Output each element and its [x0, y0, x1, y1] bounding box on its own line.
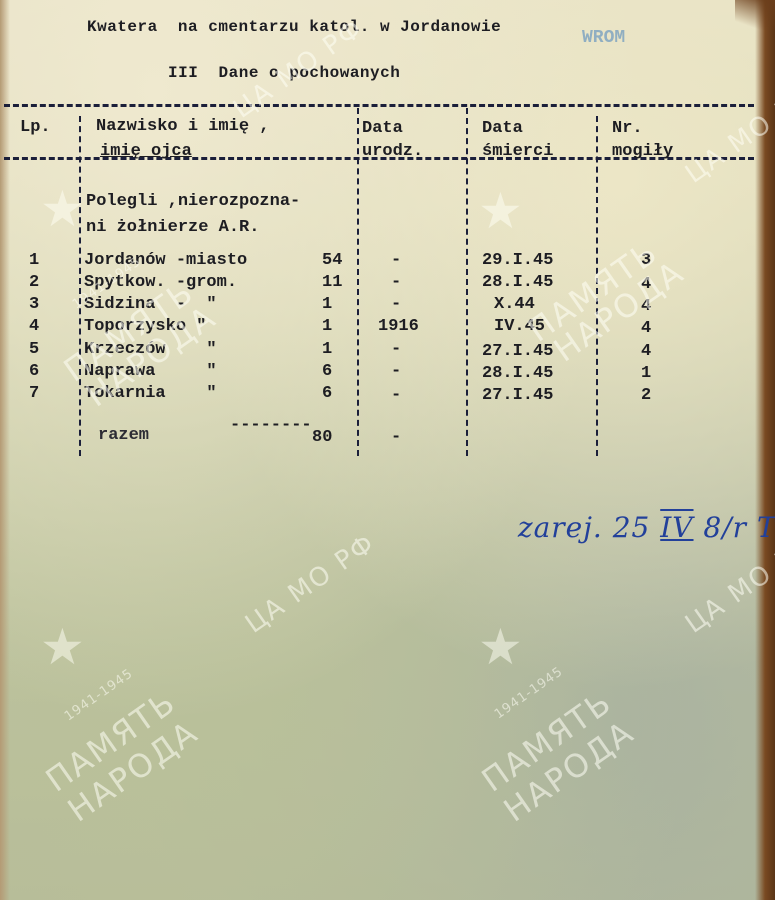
column-divider-death [596, 116, 598, 456]
row-grave: 1 [641, 364, 651, 383]
handwritten-registration-note: zarej. 25 IV 8/r Tkil [498, 478, 775, 544]
row-name: Toporzysko " [84, 317, 206, 336]
row-name: Naprawa " [84, 362, 217, 381]
row-grave: 4 [641, 319, 651, 338]
row-count: 54 [322, 251, 342, 270]
note-prefix: zarej. 25 [518, 511, 660, 544]
row-birth: - [391, 386, 401, 405]
row-count: 1 [322, 317, 332, 336]
row-count: 1 [322, 295, 332, 314]
row-birth: - [391, 251, 401, 270]
row-name: Sidzina - " [84, 295, 217, 314]
total-value: 80 [312, 428, 332, 447]
document-title: Kwatera na cmentarzu katol. w Jordanowie [87, 18, 501, 36]
row-count: 6 [322, 384, 332, 403]
row-name: Krzeczów " [84, 340, 217, 359]
row-death: IV.45 [494, 317, 545, 336]
header-grave-line1: Nr. [612, 119, 643, 138]
row-death: X.44 [494, 295, 535, 314]
row-grave: 4 [641, 342, 651, 361]
row-lp: 2 [29, 273, 39, 292]
row-lp: 1 [29, 251, 39, 270]
table-top-rule [4, 104, 754, 107]
row-grave: 4 [641, 297, 651, 316]
header-death-line1: Data [482, 119, 523, 138]
header-grave-line2: mogiły [612, 142, 673, 161]
row-death: 28.I.45 [482, 364, 553, 383]
row-name: Tokarnia " [84, 384, 217, 403]
total-birth: - [391, 428, 401, 447]
row-grave: 2 [641, 386, 651, 405]
row-count: 6 [322, 362, 332, 381]
note-suffix: 8/r Tkil [694, 511, 775, 544]
row-death: 27.I.45 [482, 386, 553, 405]
faded-stamp: WROM [582, 28, 625, 48]
row-lp: 3 [29, 295, 39, 314]
row-grave: 4 [641, 275, 651, 294]
paper-left-edge [0, 0, 10, 900]
row-death: 29.I.45 [482, 251, 553, 270]
row-birth: - [391, 273, 401, 292]
paper-corner-shadow [735, 0, 775, 30]
row-lp: 6 [29, 362, 39, 381]
row-lp: 7 [29, 384, 39, 403]
total-label: razem [98, 426, 149, 445]
header-birth-line2: urodz. [362, 142, 423, 161]
row-lp: 4 [29, 317, 39, 336]
row-name: Spytkow. -grom. [84, 273, 237, 292]
intro-line2: ni żołnierze A.R. [86, 218, 259, 237]
header-birth-line1: Data [362, 119, 403, 138]
row-birth: 1916 [378, 317, 419, 336]
row-birth: - [391, 295, 401, 314]
row-death: 28.I.45 [482, 273, 553, 292]
paper-right-edge [755, 0, 775, 900]
document-subtitle: III Dane o pochowanych [168, 64, 400, 82]
row-name: Jordanów -miasto [84, 251, 247, 270]
intro-line1: Polegli ,nierozpozna- [86, 192, 300, 211]
column-divider-birth [466, 108, 468, 456]
row-lp: 5 [29, 340, 39, 359]
column-divider-lp [79, 116, 81, 456]
row-count: 1 [322, 340, 332, 359]
header-name-line2: imię ojca [100, 142, 192, 161]
header-death-line2: śmierci [482, 142, 553, 161]
row-death: 27.I.45 [482, 342, 553, 361]
header-name-line1: Nazwisko i imię , [96, 117, 269, 136]
row-grave: 3 [641, 251, 651, 270]
column-divider-name [357, 108, 359, 456]
row-birth: - [391, 340, 401, 359]
row-count: 11 [322, 273, 342, 292]
note-month: IV [660, 511, 693, 544]
row-birth: - [391, 362, 401, 381]
header-lp: Lp. [20, 118, 51, 137]
total-dashes: -------- [230, 416, 312, 435]
